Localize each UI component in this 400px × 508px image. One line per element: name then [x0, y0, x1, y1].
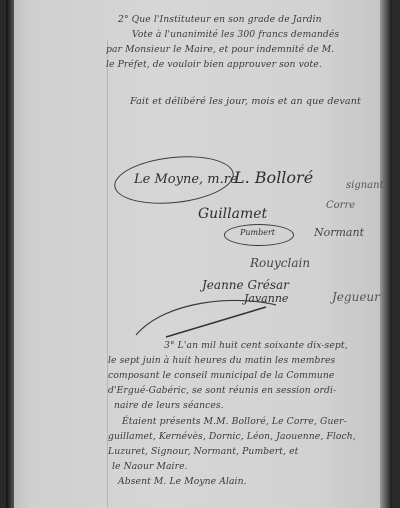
signature: L. Bolloré — [234, 168, 313, 187]
text-line: d'Ergué-Gabéric, se sont réunis en sessi… — [108, 385, 336, 396]
text-line: Luzuret, Signour, Normant, Pumbert, et — [108, 446, 298, 457]
signature-flourish — [126, 295, 286, 345]
text-line: naire de leurs séances. — [114, 400, 224, 411]
page-edge — [380, 0, 392, 508]
text-line: Absent M. Le Moyne Alain. — [118, 476, 247, 487]
signature: Jeanne Grésar — [202, 278, 289, 292]
text-line: le Naour Maire. — [112, 461, 188, 472]
text-line: le Préfet, de vouloir bien approuver son… — [106, 59, 322, 70]
text-line: 2° Que l'Instituteur en son grade de Jar… — [118, 14, 322, 25]
text-line: Étaient présents M.M. Bolloré, Le Corre,… — [122, 416, 347, 427]
manuscript-page: 2° Que l'Instituteur en son grade de Jar… — [6, 0, 392, 508]
text-line: le sept juin à huit heures du matin les … — [108, 355, 335, 366]
text-line: guillamet, Kernévès, Dornic, Léon, Jaoue… — [108, 431, 356, 442]
text-line: composant le conseil municipal de la Com… — [108, 370, 334, 381]
signature: Pumbert — [240, 228, 275, 237]
signature: Rouyclain — [250, 256, 310, 270]
closing-line: Fait et délibéré les jour, mois et an qu… — [130, 96, 361, 107]
signature: signant — [346, 180, 384, 191]
book-spine — [6, 0, 14, 508]
signature-mayor: Le Moyne, m.re — [134, 172, 238, 187]
signature: Normant — [314, 226, 364, 239]
signature: Guillamet — [198, 206, 267, 222]
text-line: par Monsieur le Maire, et pour indemnité… — [106, 44, 334, 55]
signature: Jegueur — [332, 290, 380, 304]
text-line: Vote à l'unanimité les 300 francs demand… — [132, 29, 339, 40]
signature: Corre — [326, 200, 355, 211]
text-line: 3° L'an mil huit cent soixante dix-sept, — [164, 340, 348, 351]
